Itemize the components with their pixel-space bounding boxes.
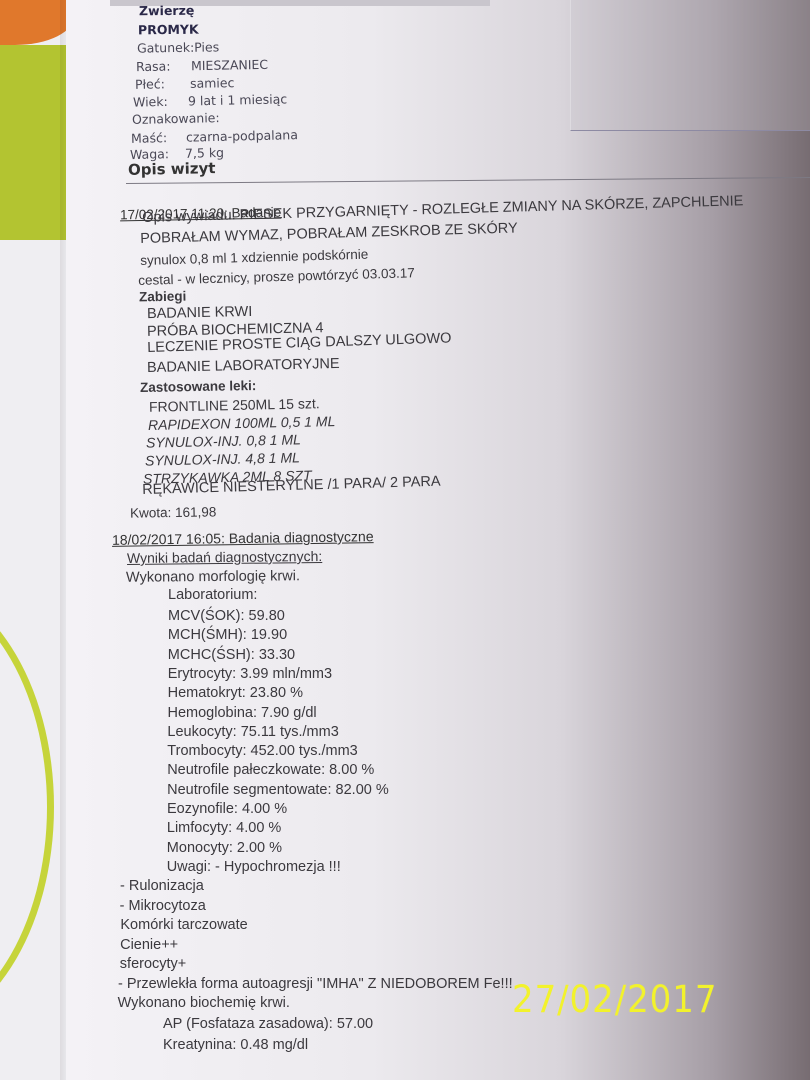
field-label: Płeć: [135, 76, 190, 92]
lab-result: Hematokryt: 23.80 % [168, 685, 303, 701]
remark-item: Wykonano biochemię krwi. [118, 995, 290, 1011]
animal-species: Gatunek:Pies [137, 39, 219, 55]
visit-amount: Kwota: 161,98 [130, 504, 217, 520]
animal-field-breed: Rasa:MIESZANIEC [136, 57, 268, 74]
lab-result: Neutrofile segmentowate: 82.00 % [167, 782, 389, 798]
drug-item: SYNULOX-INJ. 0,8 1 ML [146, 431, 301, 450]
field-label: Maść: [131, 130, 186, 146]
animal-field-marking: Oznakowanie: [132, 110, 220, 127]
field-value: samiec [190, 75, 235, 91]
lab-result: Trombocyty: 452.00 tys./mm3 [167, 743, 357, 759]
field-value: MIESZANIEC [191, 57, 268, 73]
top-right-box [570, 0, 810, 131]
morphology-label: Wykonano morfologię krwi. [126, 568, 300, 586]
lab-result: Uwagi: - Hypochromezja !!! [167, 859, 341, 875]
visits-title: Opis wizyt [128, 159, 216, 179]
lab-result: Neutrofile pałeczkowate: 8.00 % [167, 762, 374, 778]
remark-item: - Mikrocytoza [120, 898, 206, 914]
photo-date-stamp: 27/02/2017 [512, 978, 717, 1021]
lab-result: Erytrocyty: 3.99 mln/mm3 [168, 666, 332, 682]
animal-name: PROMYK [138, 22, 199, 38]
lab-result: Limfocyty: 4.00 % [167, 820, 281, 836]
animal-section-label: Zwierzę [139, 3, 194, 19]
lab-result: MCHC(ŚSH): 33.30 [168, 647, 295, 663]
lab-label: Laboratorium: [168, 587, 257, 603]
procedure-item: BADANIE KRWI [147, 304, 253, 322]
drugs-label: Zastosowane leki: [140, 378, 257, 395]
animal-field-sex: Płeć:samiec [135, 75, 235, 92]
field-label: Oznakowanie: [132, 110, 220, 127]
procedures-label: Zabiegi [139, 289, 187, 305]
remark-item: Komórki tarczowate [120, 917, 247, 933]
remark-item: - Rulonizacja [120, 878, 204, 894]
lab-result: Monocyty: 2.00 % [167, 840, 282, 856]
results-label: Wyniki badań diagnostycznych: [127, 548, 322, 566]
field-label: Rasa: [136, 58, 191, 74]
lab-result: MCV(ŚOK): 59.80 [168, 608, 285, 624]
biochem-result: AP (Fosfataza zasadowa): 57.00 [163, 1016, 373, 1032]
field-label: Wiek: [133, 93, 188, 109]
field-value: 9 lat i 1 miesiąc [188, 91, 287, 108]
drug-item: SYNULOX-INJ. 4,8 1 ML [145, 449, 300, 468]
lab-result: Hemoglobina: 7.90 g/dl [168, 705, 317, 721]
remark-item: - Przewlekła forma autoagresji "IMHA" Z … [118, 976, 513, 992]
biochem-result: Kreatynina: 0.48 mg/dl [163, 1037, 308, 1053]
lab-result: Eozynofile: 4.00 % [167, 801, 287, 817]
lab-result: Leukocyty: 75.11 tys./mm3 [167, 724, 338, 740]
remark-item: sferocyty+ [120, 956, 186, 972]
field-value: czarna-podpalana [186, 127, 298, 145]
lab-result: MCH(ŚMH): 19.90 [168, 627, 287, 643]
remark-item: Cienie++ [120, 937, 178, 953]
